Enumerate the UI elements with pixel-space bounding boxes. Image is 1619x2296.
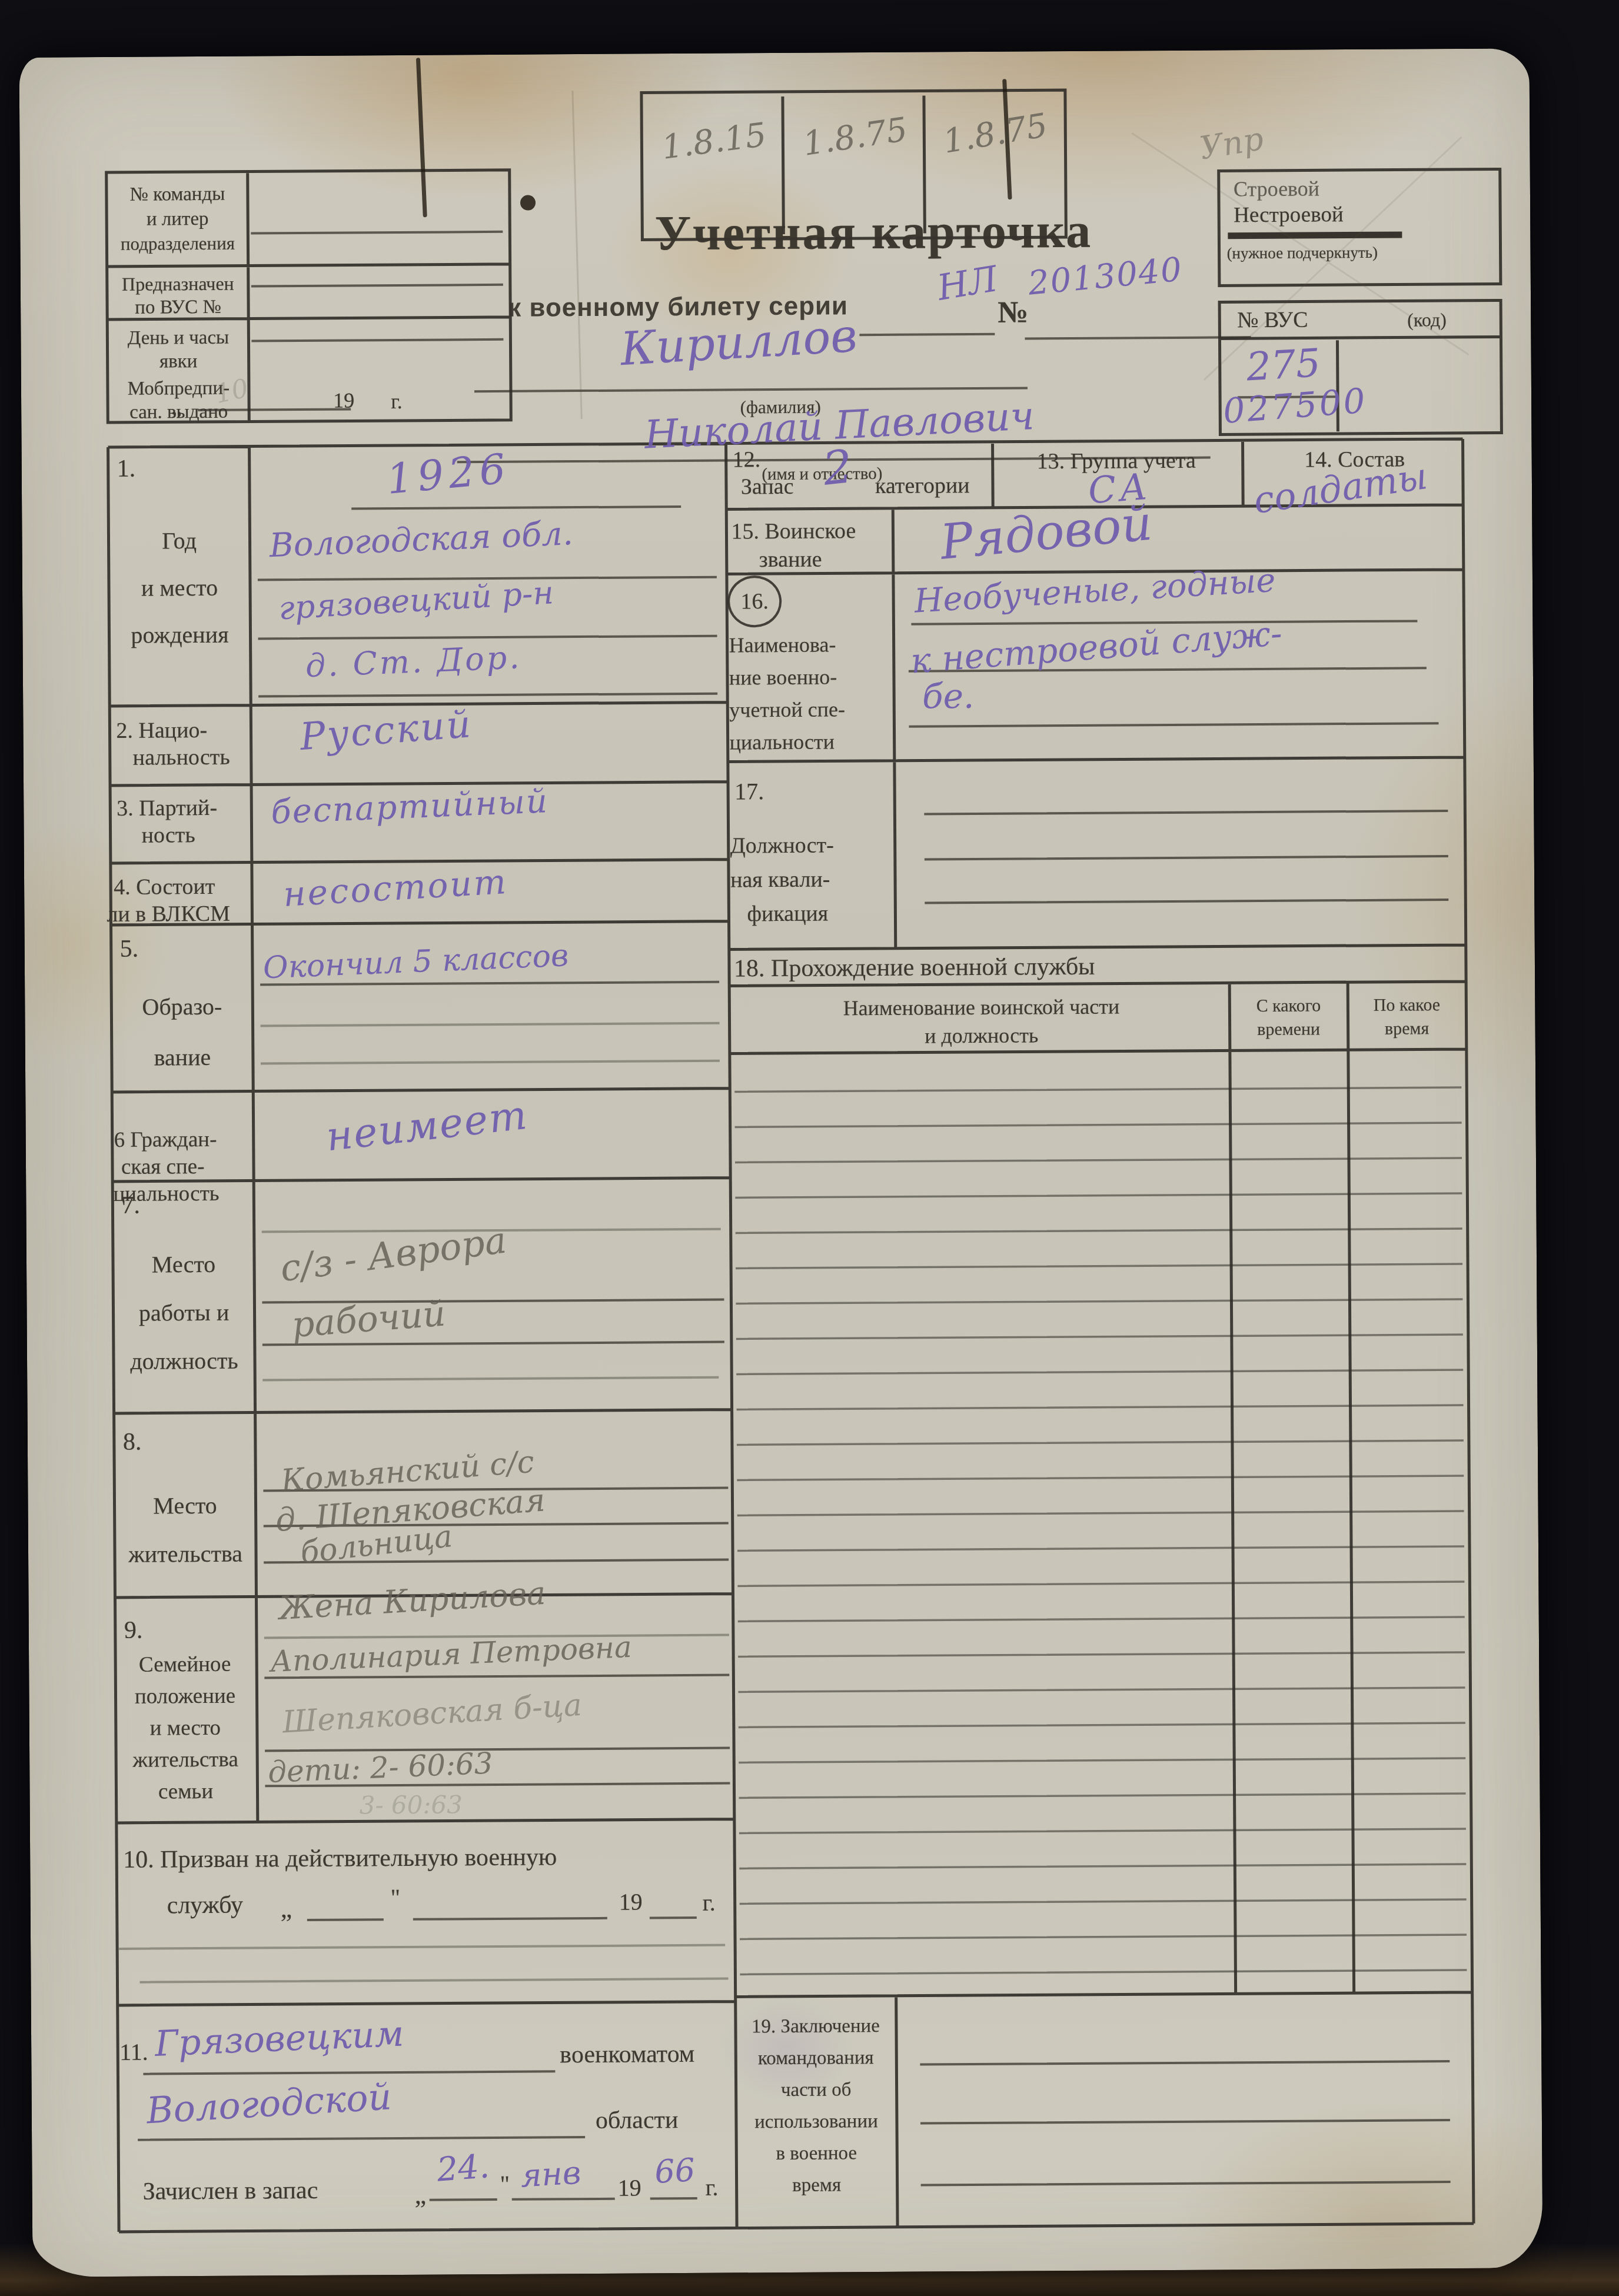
field11-open-quote: „ [415,2181,427,2211]
field1-label1: Год [111,527,247,555]
field17-label2: ная квали- [730,867,830,893]
field16-number-circle: 16. [727,575,782,628]
field16-number: 16. [740,588,769,614]
field18-title: 18. Прохождение военной службы [734,953,1095,983]
field3-label2: ность [141,823,195,848]
info-row4-g: г. [391,390,403,414]
field10-text1: 10. Призван на действительную военную [123,1843,557,1874]
info-row3-label2: явки [109,351,248,374]
info-row4-quote: „ [171,393,182,420]
field11-g: г. [705,2174,718,2201]
field18-col2-header-line1: С какого [1232,996,1344,1017]
field12-number: 12. [733,447,761,473]
field10-close-quote: " [390,1884,400,1911]
field6-label1: 6 Граждан- [114,1127,217,1153]
field11-reserve-label: Зачислен в запас [143,2177,318,2206]
field11-commissariat-label: военкоматом [560,2040,694,2069]
field19-label1: 19. Заключение [739,2015,893,2039]
vus-number-handwriting: 275 [1245,341,1322,390]
field4-label1: 4. Состоит [114,874,215,901]
field8-label2: жительства [115,1540,255,1568]
field8-label1: Место [117,1492,252,1519]
info-row2-label: Предназначен [109,273,247,295]
field18-col1-header-line2: и должность [752,1023,1211,1050]
field10-text2: службу [167,1891,244,1920]
field3-label1: 3. Партий- [117,796,217,822]
info-row2-label2: по ВУС № [109,297,247,320]
field15-label2: звание [759,547,822,573]
duty-line-noncombat: Нестроевой [1234,202,1344,228]
field2-label2: нальность [133,745,230,771]
field16-label3: учетной спе- [729,697,845,723]
field16-label2: ние военно- [729,665,837,690]
field5-label1: Образо- [114,993,250,1021]
registration-card-paper: 1.8.15 1.8.75 1.8.75 Упр № команды и лит… [19,48,1543,2277]
field12-category-handwriting: 2 [820,441,855,497]
field19-label4: использовании [739,2111,893,2134]
field8-number: 8. [123,1428,142,1456]
field5-number: 5. [120,935,139,963]
info-row4-year: 19 [333,388,354,413]
vus-label: № ВУС [1237,308,1308,334]
info-row1-label3: подразделения [106,232,249,254]
info-row1-label2: и литер [108,208,247,231]
info-row1-label: № команды [108,184,247,207]
field9-label2: положение [117,1683,252,1709]
info-row3-label: День и часы [109,327,247,350]
field17-number: 17. [734,778,764,805]
field10-g: г. [703,1889,716,1916]
field1-label3: рождения [112,621,247,649]
duty-caption: (нужное подчеркнуть) [1226,244,1378,263]
field7-label1: Место [116,1251,251,1279]
field9-children-faint-value: 3- 60:63 [360,1791,463,1819]
field12-label2: категории [875,473,970,500]
field18-col2-header-line2: времени [1233,1019,1345,1040]
field11-year-handwriting: 66 [654,2152,696,2191]
field18-col1-header-line1: Наименование воинской части [752,994,1211,1021]
field16-value-line3: бе. [922,677,975,716]
field9-number: 9. [124,1616,143,1645]
field5-label2: вание [115,1044,250,1072]
field18-col3-header-line2: время [1351,1019,1463,1040]
field9-label5: семьи [118,1779,253,1805]
page-title: Учетная карточка [614,202,1133,262]
field10-year: 19 [619,1888,643,1915]
field17-label3: фикация [747,901,828,928]
scanned-military-registration-card: { "doc": { "pencil": {"d1":"1.8.15","d2"… [0,0,1619,2296]
field19-label3: части об [739,2079,893,2102]
field6-label2: ская спе- [121,1154,205,1180]
field12-label1: Запас [741,474,794,500]
field9-label1: Семейное [117,1652,252,1678]
field10-open-quote: „ [281,1894,292,1924]
field16-label1: Наименова- [729,633,836,658]
field1-number: 1. [117,455,136,483]
field11-month-handwriting: янв [520,2154,582,2194]
field19-label5: в военное [739,2142,893,2166]
field1-label2: и место [112,574,247,602]
field16-label4: циальности [730,730,835,754]
field11-year-print: 19 [618,2174,641,2201]
vus-code-caption: (код) [1407,309,1447,331]
field19-label2: командования [739,2047,893,2071]
field11-oblast-label: области [596,2106,679,2135]
number-sign: № [998,295,1029,330]
field4-label2: ли в ВЛКСМ [107,901,230,928]
duty-line-combat: Строевой [1234,177,1319,201]
field18-col3-header-line1: По какое [1351,995,1462,1016]
field17-label1: Должност- [730,833,834,859]
field11-close-quote: " [500,2171,510,2198]
field19-label6: время [740,2174,894,2198]
field7-label3: должность [117,1347,252,1375]
field2-label1: 2. Нацио- [116,718,207,744]
field7-label2: работы и [116,1299,251,1326]
field9-label3: и место [118,1715,253,1741]
field9-label4: жительства [118,1747,253,1773]
field11-number: 11. [119,2039,148,2066]
field15-label1: 15. Воинское [731,518,856,545]
field7-number: 7. [121,1192,140,1220]
field11-day-handwriting: 24. [435,2148,491,2189]
